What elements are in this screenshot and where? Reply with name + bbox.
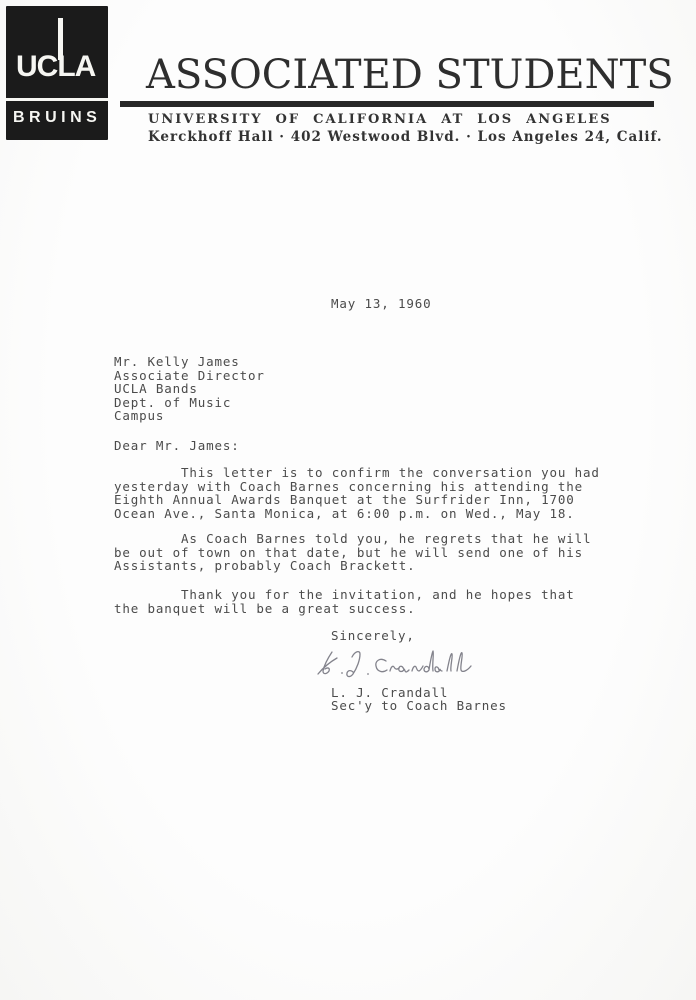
logo-ucla-text: UCLA — [16, 52, 95, 82]
signer-typed-title: Sec'y to Coach Barnes — [331, 699, 507, 713]
letterhead-org-name: ASSOCIATED STUDENTS — [146, 55, 674, 95]
letterhead-address-line: Kerckhoff Hall · 402 Westwood Blvd. · Lo… — [148, 130, 663, 145]
letterhead-university-line: UNIVERSITY OF CALIFORNIA AT LOS ANGELES — [148, 113, 612, 127]
recipient-address-block: Mr. Kelly James Associate Director UCLA … — [114, 355, 265, 423]
body-paragraph-3: Thank you for the invitation, and he hop… — [114, 588, 575, 615]
letterhead-rule — [120, 101, 654, 107]
body-paragraph-2: As Coach Barnes told you, he regrets tha… — [114, 532, 591, 573]
body-paragraph-1: This letter is to confirm the conversati… — [114, 466, 600, 520]
ucla-bruins-logo: UCLA BRUINS — [6, 6, 108, 140]
logo-divider-line — [6, 98, 108, 101]
handwritten-signature — [316, 646, 478, 682]
scanned-letter-page: UCLA BRUINS ASSOCIATED STUDENTS UNIVERSI… — [0, 0, 696, 1000]
closing-phrase: Sincerely, — [331, 629, 415, 643]
logo-bruins-text: BRUINS — [13, 110, 101, 126]
letter-date: May 13, 1960 — [331, 297, 432, 311]
salutation: Dear Mr. James: — [114, 439, 240, 453]
logo-l-tower — [58, 18, 63, 60]
